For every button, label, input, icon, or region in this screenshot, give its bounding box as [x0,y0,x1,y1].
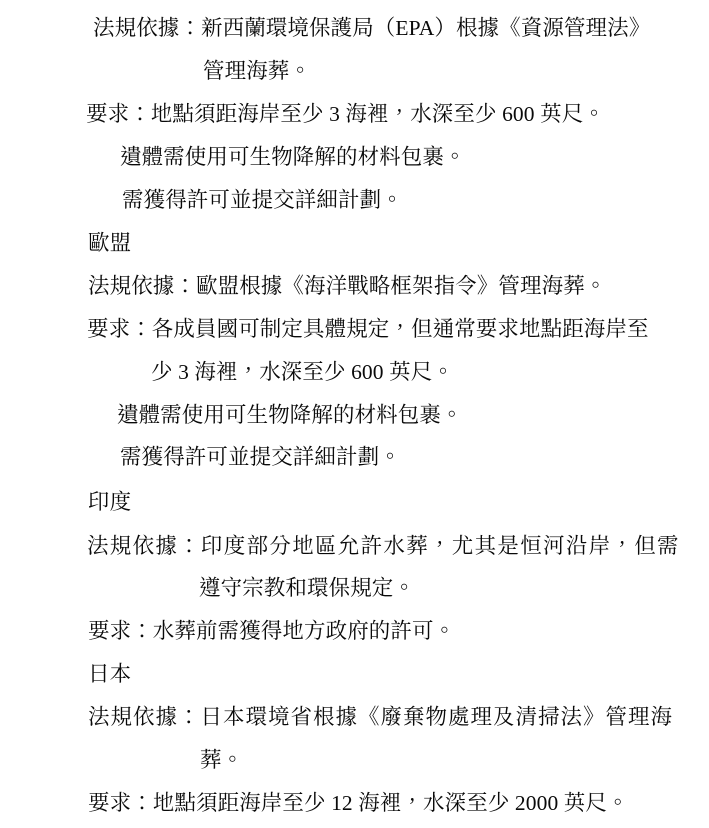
requirement-detail-line-eu-permit: 需獲得許可並提交詳細計劃。 [120,444,401,470]
regulation-basis-line-eu: 法規依據：歐盟根據《海洋戰略框架指令》管理海葬。 [88,273,606,299]
requirement-continuation-eu: 少 3 海裡，水深至少 600 英尺。 [151,359,454,385]
section-heading-eu: 歐盟 [88,230,131,256]
regulation-basis-line-japan: 法規依據：日本環境省根據《廢棄物處理及清掃法》管理海 [88,704,673,730]
document-page: 法規依據：新西蘭環境保護局（EPA）根據《資源管理法》 管理海葬。 要求：地點須… [0,0,709,828]
requirement-line-nz: 要求：地點須距海岸至少 3 海裡，水深至少 600 英尺。 [86,101,605,127]
requirement-detail-line-nz-wrap: 遺體需使用可生物降解的材料包裹。 [120,144,466,170]
section-heading-japan: 日本 [88,661,131,687]
regulation-basis-continuation-india: 遵守宗教和環保規定。 [199,575,415,601]
requirement-line-india: 要求：水葬前需獲得地方政府的許可。 [88,618,455,644]
requirement-line-japan: 要求：地點須距海岸至少 12 海裡，水深至少 2000 英尺。 [88,790,629,816]
regulation-basis-continuation-nz: 管理海葬。 [203,58,311,84]
requirement-detail-line-nz-permit: 需獲得許可並提交詳細計劃。 [122,187,403,213]
regulation-basis-continuation-japan: 葬。 [200,747,243,773]
section-heading-india: 印度 [88,489,131,515]
requirement-line-eu: 要求：各成員國可制定具體規定，但通常要求地點距海岸至 [87,316,649,342]
requirement-detail-line-eu-wrap: 遺體需使用可生物降解的材料包裹。 [117,402,463,428]
regulation-basis-line-nz: 法規依據：新西蘭環境保護局（EPA）根據《資源管理法》 [93,15,650,41]
regulation-basis-line-india: 法規依據：印度部分地區允許水葬，尤其是恒河沿岸，但需 [87,533,680,559]
